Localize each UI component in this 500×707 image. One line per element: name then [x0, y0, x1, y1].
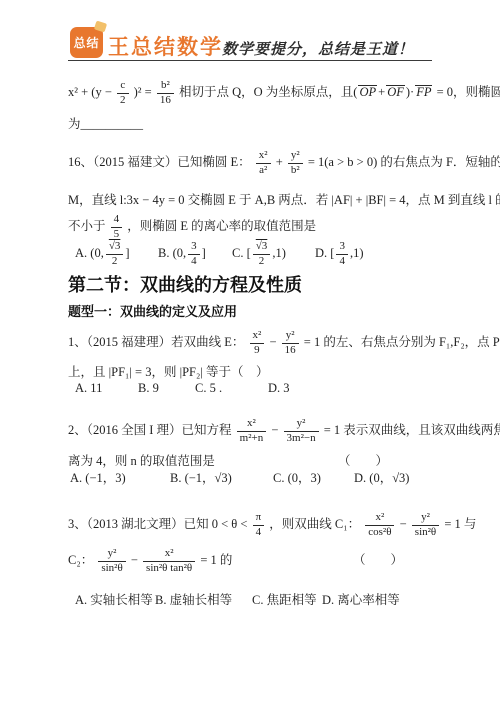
math-text: +	[378, 85, 385, 99]
option-a: A. 11	[75, 378, 102, 398]
problem-2-options: A. (−1，3) B. (−1，√3) C. (0，3) D. (0，√3)	[68, 468, 480, 488]
problem-1-options: A. 11 B. 9 C. 5 . D. 3	[68, 378, 480, 398]
problem-text: = 1 的左、右焦点分别为 F₁,F₂，点 P 在双曲线 E	[304, 335, 500, 349]
problem-text: 16、（2015 福建文）已知椭圆 E：	[68, 155, 251, 169]
fraction: y²16	[282, 329, 299, 356]
problem-2-line1: 2、（2016 全国 I 理）已知方程 x²m²+n − y²3m²−n = 1…	[68, 414, 460, 446]
header-rule	[68, 60, 432, 61]
math-text: 相切于点 Q，O 为坐标原点，且(	[179, 85, 357, 99]
problem-16-line2: M，直线 l:3x − 4y = 0 交椭圆 E 于 A,B 两点．若 |AF|…	[68, 191, 460, 209]
problem-text: = 1 与	[444, 517, 476, 531]
worksheet-page: 总结 王总结数学 数学要提分，总结是王道！ x² + (y − c2 )² = …	[0, 0, 500, 707]
option-d: D. 3	[268, 378, 290, 398]
brand-title: 王总结数学	[108, 31, 223, 61]
problem-text: 离为 4，则 n 的取值范围是	[68, 454, 215, 468]
option-b: B. 9	[138, 378, 159, 398]
brand-logo: 总结	[70, 27, 103, 58]
answer-blank-line: 为__________	[68, 115, 460, 133]
problem-3-line2: C₂： y²sin²θ − x²sin²θ tan²θ = 1 的 （ ）	[68, 544, 460, 576]
option-a: A. (0,√32]	[75, 236, 130, 270]
section-heading: 第二节：双曲线的方程及性质	[68, 276, 460, 294]
vector-fp: FP	[415, 85, 432, 99]
math-text: −	[269, 335, 276, 349]
math-text: )² =	[134, 85, 152, 99]
option-b: B. 虚轴长相等	[155, 590, 232, 610]
option-c: C. (0，3)	[273, 468, 321, 488]
problem-text: 1、（2015 福建理）若双曲线 E：	[68, 335, 244, 349]
curve-label: C₂：	[68, 553, 93, 567]
vector-of: OF	[386, 85, 405, 99]
math-text: −	[271, 423, 278, 437]
problem-3-line1: 3、（2013 湖北文理）已知 0 < θ < π4 ，则双曲线 C₁： x²c…	[68, 508, 460, 540]
fraction: x²a²	[256, 149, 271, 176]
fraction: √32	[106, 240, 124, 267]
math-text: )·	[406, 85, 414, 99]
problem-text: = 1 的	[200, 553, 232, 567]
header-tagline: 数学要提分，总结是王道！	[222, 38, 414, 59]
fraction: 34	[188, 240, 200, 267]
fraction: y²b²	[288, 149, 303, 176]
option-b: B. (−1，√3)	[170, 468, 232, 488]
fraction: y²sin²θ	[98, 547, 125, 574]
problem-text: 3、（2013 湖北文理）已知 0 < θ <	[68, 517, 247, 531]
problem-3-options: A. 实轴长相等 B. 虚轴长相等 C. 焦距相等 D. 离心率相等	[68, 590, 480, 610]
problem-text: 2、（2016 全国 I 理）已知方程	[68, 423, 232, 437]
option-a: A. (−1，3)	[70, 468, 126, 488]
problem-text: ，则椭圆 E 的离心率的取值范围是	[127, 219, 316, 233]
option-a: A. 实轴长相等	[75, 590, 153, 610]
fraction: y²3m²−n	[284, 417, 319, 444]
math-text: +	[276, 155, 283, 169]
header: 总结 王总结数学 数学要提分，总结是王道！	[0, 0, 500, 64]
option-c: C. [√32,1)	[232, 236, 286, 270]
option-d: D. 离心率相等	[322, 590, 400, 610]
badge-ribbon-icon	[94, 21, 107, 33]
problem-1-line1: 1、（2015 福建理）若双曲线 E： x²9 − y²16 = 1 的左、右焦…	[68, 326, 460, 358]
math-text: −	[131, 553, 138, 567]
fraction: √32	[253, 240, 271, 267]
fraction: x²cos²θ	[365, 511, 394, 538]
option-d: D. (0，√3)	[354, 468, 409, 488]
fraction: y²sin²θ	[412, 511, 439, 538]
fraction: x²9	[250, 329, 265, 356]
problem-16-options: A. (0,√32] B. (0,34] C. [√32,1) D. [34,1…	[68, 236, 480, 270]
problem-text: 不小于	[68, 219, 106, 233]
fraction: b²16	[157, 79, 174, 106]
fraction: x²sin²θ tan²θ	[143, 547, 195, 574]
problem-15-continuation: x² + (y − c2 )² = b²16 相切于点 Q，O 为坐标原点，且(…	[68, 76, 460, 108]
topic-heading: 题型一：双曲线的定义及应用	[68, 303, 460, 321]
problem-16-line1: 16、（2015 福建文）已知椭圆 E： x²a² + y²b² = 1(a >…	[68, 146, 460, 178]
fraction: π4	[253, 511, 265, 538]
math-text: x² + (y −	[68, 85, 112, 99]
vector-op: OP	[358, 85, 377, 99]
math-text: −	[400, 517, 407, 531]
fraction: c2	[117, 79, 129, 106]
curve-label: C₁：	[335, 517, 360, 531]
problem-text: ，则双曲线	[269, 517, 332, 531]
answer-paren: （ ）	[353, 544, 403, 576]
option-b: B. (0,34]	[158, 236, 206, 270]
problem-text: = 1 表示双曲线，且该双曲线两焦点间的距	[324, 423, 500, 437]
option-d: D. [34,1)	[315, 236, 364, 270]
option-c: C. 焦距相等	[252, 590, 317, 610]
option-c: C. 5 .	[195, 378, 222, 398]
badge-text: 总结	[73, 34, 99, 51]
problem-text: = 1(a > b > 0) 的右焦点为 F．短轴的一个端点为	[308, 155, 500, 169]
math-text: = 0，则椭圆 E 的离心率	[437, 85, 500, 99]
fraction: x²m²+n	[237, 417, 267, 444]
fraction: 34	[336, 240, 348, 267]
